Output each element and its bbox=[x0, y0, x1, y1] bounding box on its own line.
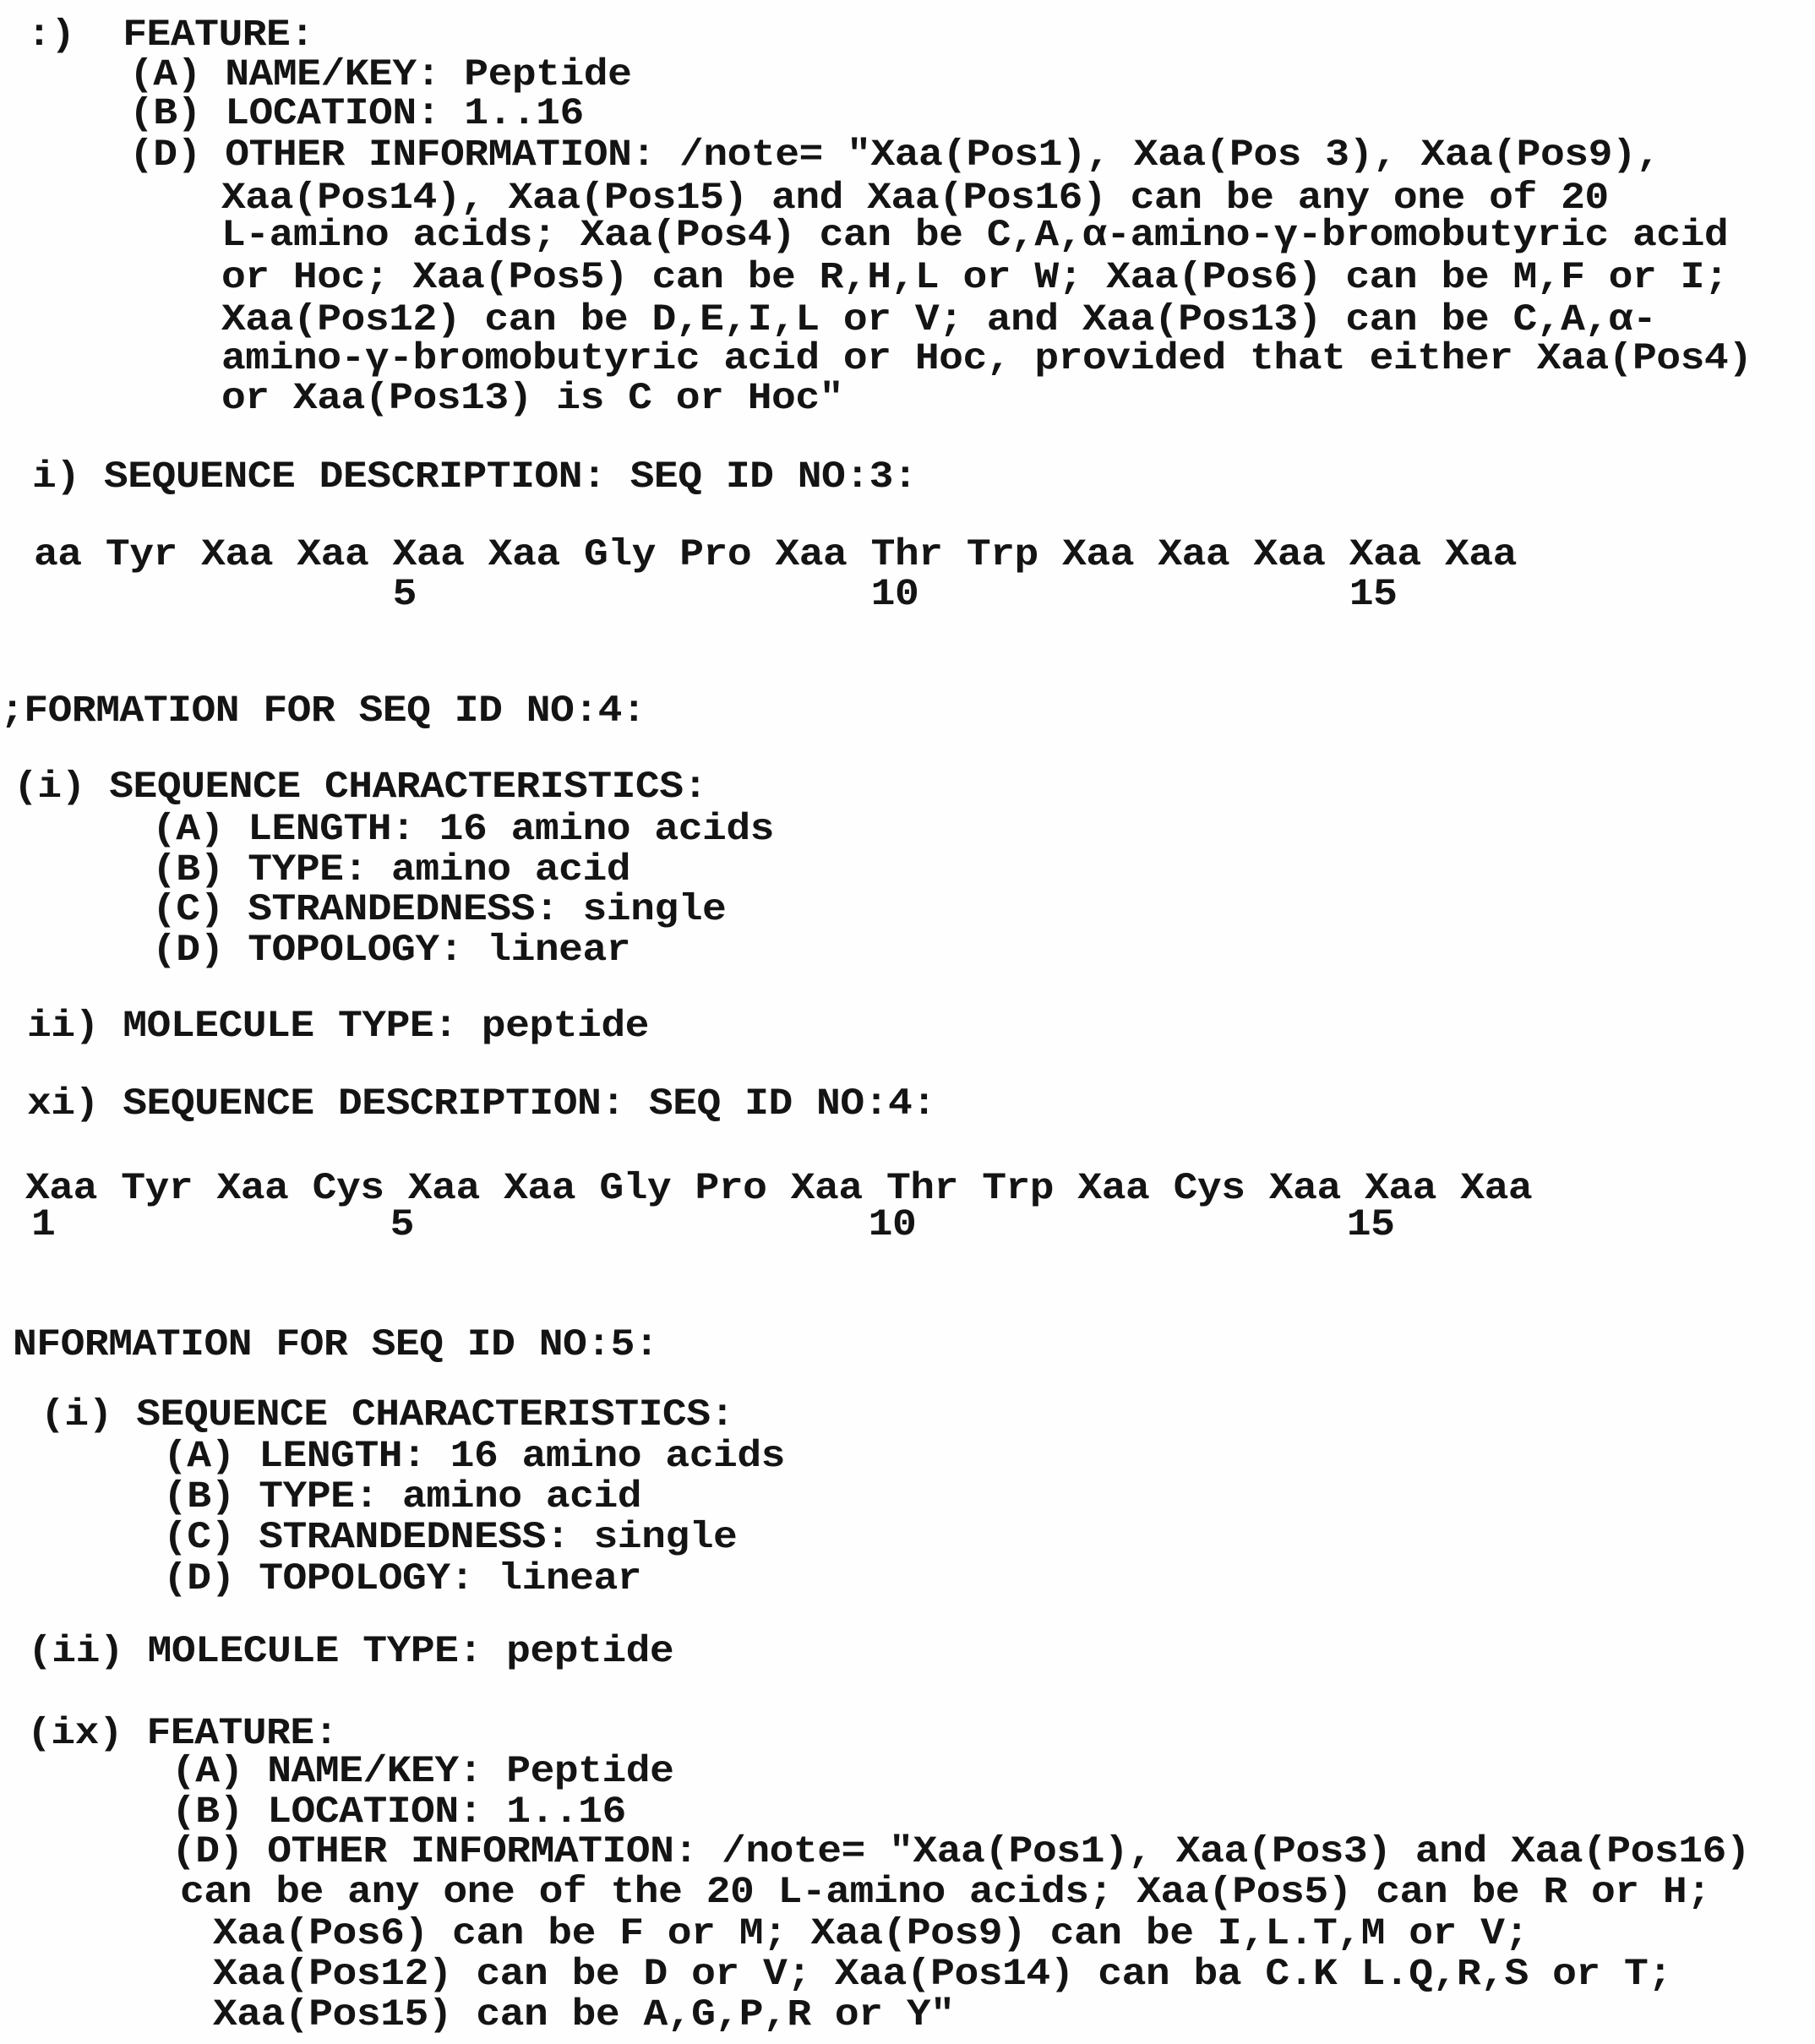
text-line: i) SEQUENCE DESCRIPTION: SEQ ID NO:3: bbox=[32, 459, 917, 496]
text-line: (ii) MOLECULE TYPE: peptide bbox=[28, 1633, 673, 1671]
text-line: Xaa Tyr Xaa Cys Xaa Xaa Gly Pro Xaa Thr … bbox=[25, 1170, 1532, 1207]
text-line: ;FORMATION FOR SEQ ID NO:4: bbox=[0, 693, 646, 730]
text-line: (B) LOCATION: 1..16 bbox=[129, 95, 584, 133]
text-line: (i) SEQUENCE CHARACTERISTICS: bbox=[41, 1397, 734, 1434]
text-line: 5 10 15 bbox=[34, 576, 1397, 613]
text-line: (C) STRANDEDNESS: single bbox=[163, 1519, 737, 1556]
text-line: (D) TOPOLOGY: linear bbox=[152, 932, 630, 969]
text-line: (A) NAME/KEY: Peptide bbox=[129, 57, 631, 94]
text-line: (i) SEQUENCE CHARACTERISTICS: bbox=[14, 769, 707, 806]
text-line: Xaa(Pos6) can be F or M; Xaa(Pos9) can b… bbox=[213, 1916, 1529, 1953]
text-line: (ix) FEATURE: bbox=[27, 1715, 338, 1752]
text-line: Xaa(Pos12) can be D or V; Xaa(Pos14) can… bbox=[213, 1956, 1672, 1993]
text-line: (B) LOCATION: 1..16 bbox=[172, 1794, 626, 1831]
text-line: L-amino acids; Xaa(Pos4) can be C,A,α-am… bbox=[221, 217, 1728, 254]
text-line: (A) NAME/KEY: Peptide bbox=[172, 1753, 673, 1791]
text-line: (A) LENGTH: 16 amino acids bbox=[152, 811, 774, 848]
text-line: Xaa(Pos15) can be A,G,P,R or Y" bbox=[213, 1997, 954, 2034]
text-line: NFORMATION FOR SEQ ID NO:5: bbox=[13, 1327, 658, 1364]
text-line: or Xaa(Pos13) is C or Hoc" bbox=[221, 380, 843, 417]
text-line: xi) SEQUENCE DESCRIPTION: SEQ ID NO:4: bbox=[27, 1086, 936, 1123]
text-line: Xaa(Pos12) can be D,E,I,L or V; and Xaa(… bbox=[221, 302, 1656, 339]
text-line: Xaa(Pos14), Xaa(Pos15) and Xaa(Pos16) ca… bbox=[221, 180, 1609, 217]
text-line: (D) OTHER INFORMATION: /note= "Xaa(Pos1)… bbox=[172, 1834, 1750, 1871]
text-line: :) FEATURE: bbox=[27, 17, 314, 54]
text-line: amino-γ-bromobutyric acid or Hoc, provid… bbox=[221, 341, 1752, 378]
text-line: (A) LENGTH: 16 amino acids bbox=[163, 1438, 785, 1475]
text-line: 1 5 10 15 bbox=[31, 1207, 1394, 1244]
text-line: ii) MOLECULE TYPE: peptide bbox=[27, 1008, 649, 1045]
text-line: (B) TYPE: amino acid bbox=[163, 1479, 641, 1516]
text-line: aa Tyr Xaa Xaa Xaa Xaa Gly Pro Xaa Thr T… bbox=[34, 537, 1517, 574]
scanned-document-page: :) FEATURE:(A) NAME/KEY: Peptide(B) LOCA… bbox=[0, 0, 1815, 2044]
text-line: (B) TYPE: amino acid bbox=[152, 852, 630, 889]
text-line: can be any one of the 20 L-amino acids; … bbox=[180, 1874, 1711, 1911]
text-line: (D) TOPOLOGY: linear bbox=[163, 1561, 641, 1598]
text-line: (C) STRANDEDNESS: single bbox=[152, 891, 726, 929]
text-line: or Hoc; Xaa(Pos5) can be R,H,L or W; Xaa… bbox=[221, 259, 1728, 297]
text-line: (D) OTHER INFORMATION: /note= "Xaa(Pos1)… bbox=[129, 137, 1660, 174]
